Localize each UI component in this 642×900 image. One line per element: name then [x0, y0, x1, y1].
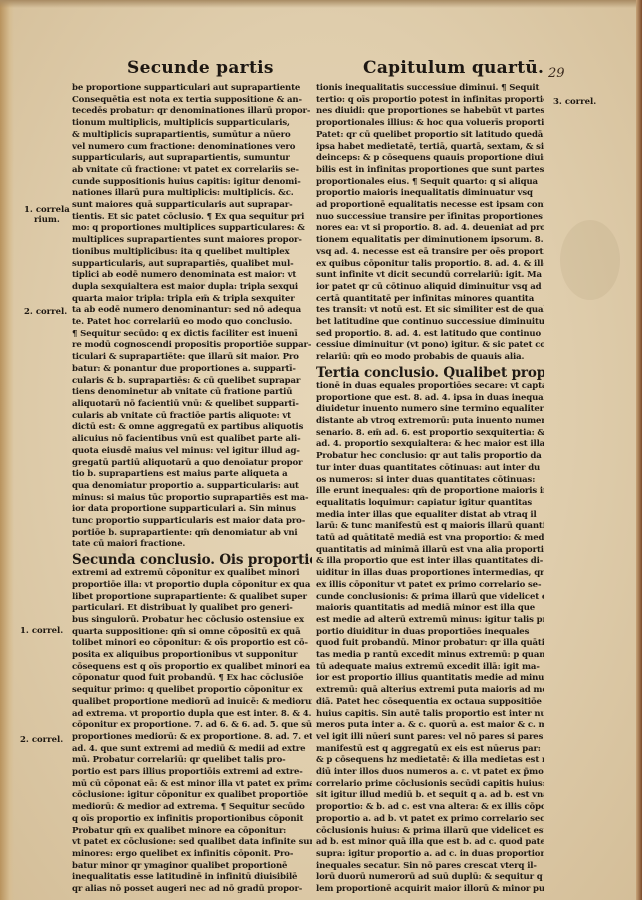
text-line: tiplici ab eodē numero denominata est ma… [72, 270, 312, 282]
running-head-left: Secunde partis [127, 58, 274, 78]
text-line: re modū cognoscendi propositis proportiō… [72, 340, 312, 352]
text-line: quod fuit probandū. Minor probatur: qr i… [316, 638, 544, 650]
text-line: meros puta inter a. & c. quorū a. est ma… [316, 720, 544, 732]
text-line: sit igitur illud mediū b. et sequit q a.… [316, 790, 544, 802]
page-top-edge [0, 0, 642, 8]
text-line: certā quantitatē per infinitas minores q… [316, 294, 544, 306]
text-line: proportio maioris inequalitatis diminuat… [316, 188, 544, 200]
text-line: extremū: quā alterius extremi puta maior… [316, 685, 544, 697]
margin-note-correlarium-2b: 2. correl. [20, 735, 63, 745]
text-line: proportiones mediorū: & ex proportione. … [72, 732, 312, 744]
text-line: cunde suppositionis huius capitis: igitu… [72, 177, 312, 189]
text-line: cōponatur quod fuit probandū. ¶ Ex hac c… [72, 673, 312, 685]
conclusion-heading: Secunda conclusio. Ois proportio [72, 552, 312, 568]
text-line: ad extrema. vt proportio dupla que est i… [72, 709, 312, 721]
text-line: Probatur hec conclusio: qr aut talis pro… [316, 451, 544, 463]
text-line: tur inter duas quantitates cōtinuas: aut… [316, 463, 544, 475]
text-line: nores ea: vt si proportio. 8. ad. 4. deu… [316, 223, 544, 235]
right-text-column: tionis inequalitatis successiue diminui.… [316, 83, 544, 896]
margin-note-text: rium. [24, 215, 70, 225]
text-line: minus: si maius tūc proportio supraparti… [72, 493, 312, 505]
text-line: proportionales eius. ¶ Sequit quarto: q … [316, 177, 544, 189]
text-line: multiplices suprapartientes sunt maiores… [72, 235, 312, 247]
text-line: ad proportionē equalitatis necesse est i… [316, 200, 544, 212]
text-line: & p cōsequens hz medietatē: & illa medie… [316, 755, 544, 767]
text-line: media inter illas que equaliter distat a… [316, 510, 544, 522]
text-line: proportione que est. 8. ad. 4. ipsa in d… [316, 393, 544, 405]
margin-note-correlarium-2: 2. correl. [24, 307, 67, 317]
folio-number: 29 [548, 66, 565, 81]
text-line: mū cū cōponat eā: & est minor illa vt pa… [72, 779, 312, 791]
text-line: cōponitur ex proportione. 7. ad 6. & 6. … [72, 720, 312, 732]
text-line: larū: & tunc manifestū est q maioris ill… [316, 521, 544, 533]
text-line: deinceps: & p cōsequens quauis proportio… [316, 153, 544, 165]
text-line: ille erunt inequales: qm̄ de proportione… [316, 486, 544, 498]
text-line: aliquotarū nō facientiū vnū: & quelibet … [72, 399, 312, 411]
left-text-column: be proportione supparticulari aut suprap… [72, 83, 312, 896]
text-line: tio b. suprapartiens est maius parte ali… [72, 469, 312, 481]
margin-note-correlarium-1b: 1. correl. [20, 626, 63, 636]
text-line: minores: ergo quelibet ex infinitis cōpo… [72, 849, 312, 861]
text-line: cōclusione: igitur cōponitur ex qualibet… [72, 790, 312, 802]
text-line: nuo successiue transire per īfinitas pro… [316, 212, 544, 224]
text-line: cōsequens est q oīs proportio ex qualibe… [72, 662, 312, 674]
margin-note-correlarium-3: 3. correl. [553, 97, 596, 107]
text-line: ior patet qr cū cōtinuo aliquid diminuit… [316, 282, 544, 294]
text-line: tatū ad quātitatē mediā est vna proporti… [316, 533, 544, 545]
text-line: ticulari & suprapartiēte: que illarū sit… [72, 352, 312, 364]
text-line: q oīs proportio ex infinitis proportioni… [72, 814, 312, 826]
text-line: uiditur in illas duas proportiones īnter… [316, 568, 544, 580]
text-line: qua denomiatur proportio a. supparticula… [72, 481, 312, 493]
text-line: equalitatis loquimur: capiatur igitur qu… [316, 498, 544, 510]
text-line: bilis est in infinitas proportiones que … [316, 165, 544, 177]
text-line: & illa proportio que est inter illas qua… [316, 556, 544, 568]
margin-note-correlarium-1: 1. correla rium. [24, 205, 70, 225]
text-line: ior est proportio illius quantitatis med… [316, 673, 544, 685]
text-line: huius capitis. Sin autē talis proportio … [316, 709, 544, 721]
text-line: particulari. Et distribuat ly qualibet p… [72, 603, 312, 615]
text-line: alicuius nō facientibus vnū est qualibet… [72, 434, 312, 446]
text-line: vsq ad. 4. necesse est eā transire per o… [316, 247, 544, 259]
text-line: tionē in duas equales proportiōes secare… [316, 381, 544, 393]
text-line: tolibet minori eo cōponitur: & oīs propo… [72, 638, 312, 650]
text-line: sunt maiores quā supparticularis aut sup… [72, 200, 312, 212]
text-line: Patet: qr cū quelibet proportio sit lati… [316, 130, 544, 142]
text-line: proportio a. ad b. vt patet ex primo cor… [316, 814, 544, 826]
text-line: sunt infinite vt dicit secundū correlari… [316, 270, 544, 282]
text-line: proportionales illius: & hoc qua voluerī… [316, 118, 544, 130]
text-line: cularis & b. suprapartiēs: & cū quelibet… [72, 376, 312, 388]
running-head-right: Capitulum quartū. [363, 58, 544, 78]
text-line: tertio: q oīs proportio potest in infini… [316, 95, 544, 107]
text-line: proportiōe illa: vt proportio dupla cōpo… [72, 580, 312, 592]
text-line: tū adequate maius extremū excedit illā: … [316, 662, 544, 674]
text-line: vel igit illi nūeri sunt pares: vel nō p… [316, 732, 544, 744]
text-line: vel numero cum fractione: denominationes… [72, 142, 312, 154]
text-line: ¶ Sequitur secūdo: q ex dictis faciliter… [72, 329, 312, 341]
text-line: cōclusionis huius: & prima illarū que vi… [316, 826, 544, 838]
text-line: Consequētia est nota ex tertia suppositi… [72, 95, 312, 107]
text-line: tes transit: vt notū est. Et sic similit… [316, 305, 544, 317]
text-line: cessiue diminuitur (vt pono) igitur. & s… [316, 340, 544, 352]
text-line: libet proportione suprapartiente: & qual… [72, 592, 312, 604]
text-line: inequalitatis esse latitudinē in infinit… [72, 872, 312, 884]
text-line: tate cū maiori fractione. [72, 539, 312, 551]
text-line: mū. Probatur correlariū: qr quelibet tal… [72, 755, 312, 767]
text-line: lorū duorū numerorū ad suū duplū: & sequ… [316, 872, 544, 884]
text-line: & multiplicis suprapartientis, sumūtur a… [72, 130, 312, 142]
paper-stain [560, 220, 620, 300]
text-line: portio est pars illius proportiōis extre… [72, 767, 312, 779]
text-line: diā. Patet hec cōsequentia ex octaua sup… [316, 697, 544, 709]
text-line: ipsa habet medietatē, tertiā, quartā, se… [316, 142, 544, 154]
text-line: ad b. est minor quā illa que est b. ad c… [316, 837, 544, 849]
text-line: batur minor qr ymaginor qualibet proport… [72, 861, 312, 873]
text-line: tiens denominetur ab vnitate cū fratione… [72, 387, 312, 399]
text-line: quarta suppositione: qm̄ si omne cōposit… [72, 627, 312, 639]
text-line: ex quibus cōponitur talis proportio. 8. … [316, 259, 544, 271]
text-line: nationes illarū pura multiplicis: multip… [72, 188, 312, 200]
text-line: mo: q proportiones multiplices suppartic… [72, 223, 312, 235]
text-line: quarta maior tripla: tripla em̄ & tripla… [72, 294, 312, 306]
text-line: quota eiusdē maius vel minus: vel igitur… [72, 446, 312, 458]
text-line: qualibet proportione mediorū ad inuicē: … [72, 697, 312, 709]
text-line: tionis inequalitatis successiue diminui.… [316, 83, 544, 95]
text-line: inequales secatur. Sin nō pares crescat … [316, 861, 544, 873]
text-line: distante ab vtroq extremorū: puta inuent… [316, 416, 544, 428]
text-line: diū inter illos duos numeros a. c. vt pa… [316, 767, 544, 779]
text-line: relariū: qm̄ eo modo probabis de quauis … [316, 352, 544, 364]
text-line: bet latitudine que continuo successiue d… [316, 317, 544, 329]
text-line: qr alias nō posset augeri nec ad nō grad… [72, 884, 312, 896]
conclusion-heading: Tertia conclusio. Qualibet propor- [316, 365, 544, 381]
text-line: gregatū partiū aliquotarū a quo denoīatu… [72, 458, 312, 470]
text-line: proportio: & b. ad c. est vna altera: & … [316, 802, 544, 814]
scanned-page: Secunde partis Capitulum quartū. 29 1. c… [0, 0, 642, 900]
text-line: nes diuidi: que proportiones se habebūt … [316, 106, 544, 118]
text-line: ex illis cōponitur vt patet ex primo cor… [316, 580, 544, 592]
text-line: ab vnitate cū fractione: vt patet ex cor… [72, 165, 312, 177]
text-line: be proportione supparticulari aut suprap… [72, 83, 312, 95]
text-line: te. Patet hoc correlariū eo modo quo con… [72, 317, 312, 329]
text-line: batur: & ponantur due proportiones a. su… [72, 364, 312, 376]
text-line: cularis ab vnitate cū fractiōe partis al… [72, 411, 312, 423]
text-line: posita ex aliquibus proportionibus vt su… [72, 650, 312, 662]
text-line: extremi ad extremū cōponitur ex qualibet… [72, 568, 312, 580]
text-line: portiōe b. suprapartiente: qm̄ denomiatu… [72, 528, 312, 540]
text-line: senario. 8. em̄ ad. 6. est proportio sex… [316, 428, 544, 440]
text-line: correlario prime cōclusionis secūdi capi… [316, 779, 544, 791]
text-line: supparticularis, aut suprapartientis, su… [72, 153, 312, 165]
text-line: sed proportio. 8. ad. 4. est latitudo qu… [316, 329, 544, 341]
text-line: ta ab eodē numero denominantur: sed nō a… [72, 305, 312, 317]
text-line: quantitatis ad minimā illarū est vna ali… [316, 545, 544, 557]
text-line: supparticularis, aut suprapartiēs, quali… [72, 259, 312, 271]
text-line: portio diuiditur in duas proportiōes ine… [316, 627, 544, 639]
text-line: ad. 4. proportio sexquialtera: & hec mai… [316, 439, 544, 451]
text-line: maioris quantitatis ad mediā minor est i… [316, 603, 544, 615]
text-line: tecedēs probatur: qr denominationes illa… [72, 106, 312, 118]
text-line: supra: igitur proportio a. ad c. in duas… [316, 849, 544, 861]
text-line: ior data proportione supparticulari a. S… [72, 504, 312, 516]
text-line: mediorū: & medior ad extrema. ¶ Sequitur… [72, 802, 312, 814]
text-line: est medie ad alterū extremū minus: igitu… [316, 615, 544, 627]
text-line: bus singulorū. Probatur hec cōclusio ost… [72, 615, 312, 627]
text-line: tionem equalitatis per diminutionem ipso… [316, 235, 544, 247]
text-line: cunde conclusionis: & prima illarū que v… [316, 592, 544, 604]
text-line: Probatur qm̄ ex qualibet minore ea cōpon… [72, 826, 312, 838]
text-line: lem proportionē acquirit maior illorū & … [316, 884, 544, 896]
margin-note-text: 1. correla [24, 205, 70, 215]
text-line: os numeros: si inter duas quantitates cō… [316, 475, 544, 487]
text-line: manifestū est q aggregatū ex eis est nūe… [316, 744, 544, 756]
text-line: tas media p rantū excedit minus extremū:… [316, 650, 544, 662]
text-line: tunc proportio supparticularis est maior… [72, 516, 312, 528]
text-line: dictū est: & omne aggregatū ex partibus … [72, 422, 312, 434]
text-line: dupla sexquialtera est maior dupla: trip… [72, 282, 312, 294]
text-line: vt patet ex cōclusione: sed qualibet dat… [72, 837, 312, 849]
text-line: tientis. Et sic patet cōclusio. ¶ Ex qua… [72, 212, 312, 224]
text-line: sequitur primo: q quelibet proportio cōp… [72, 685, 312, 697]
text-line: ad. 4. que sunt extremi ad mediū & medii… [72, 744, 312, 756]
text-line: tionum multiplicis, multiplicis supparti… [72, 118, 312, 130]
text-line: diuidetur inuento numero sine termino eq… [316, 404, 544, 416]
text-line: tionibus multiplicibus: ita q quelibet m… [72, 247, 312, 259]
